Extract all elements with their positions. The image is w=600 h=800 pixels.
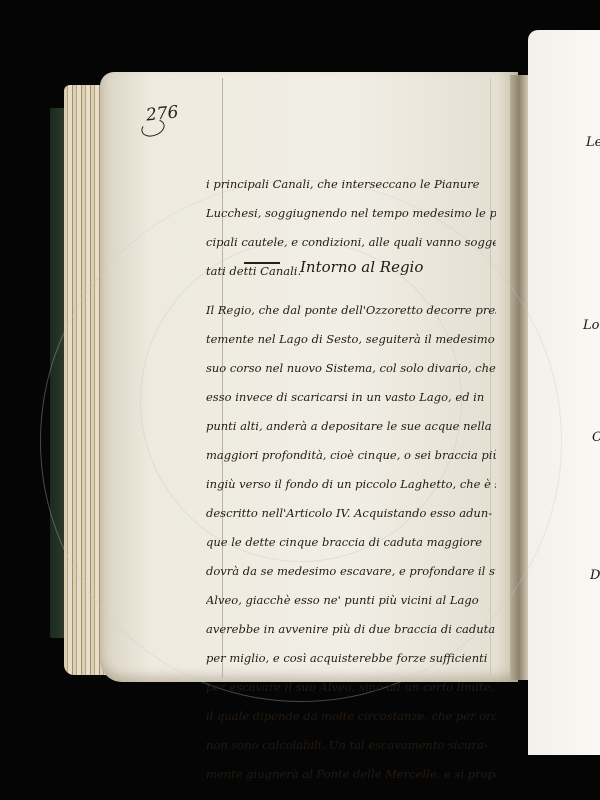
text-line: Il Regio, che dal ponte dell'Ozzoretto d…: [206, 296, 496, 325]
text-line: non sono calcolabili. Un tal escavamento…: [206, 731, 496, 760]
text-line: que le dette cinque braccia di caduta ma…: [206, 528, 496, 557]
text-line: mente giugnerà al Ponte delle Mercelle, …: [206, 760, 496, 789]
text-line: per escavare il suo Alveo, sino ad un ce…: [206, 673, 496, 702]
text-line: dovrà da se medesimo escavare, e profond…: [206, 557, 496, 586]
paragraph-2: Il Regio, che dal ponte dell'Ozzoretto d…: [206, 296, 496, 789]
book-gutter: [510, 75, 528, 680]
text-line: i principali Canali, che interseccano le…: [206, 170, 496, 199]
text-line: averebbe in avvenire più di due braccia …: [206, 615, 496, 644]
text-line: maggiori profondità, cioè cinque, o sei …: [206, 441, 496, 470]
text-line: per miglio, e così acquisterebbe forze s…: [206, 644, 496, 673]
right-page-fragment: D: [590, 568, 600, 583]
text-line: esso invece di scaricarsi in un vasto La…: [206, 383, 496, 412]
text-line: ingiù verso il fondo di un piccolo Laghe…: [206, 470, 496, 499]
right-page-fragment: Le: [586, 135, 600, 150]
text-line: cipali cautele, e condizioni, alle quali…: [206, 228, 496, 257]
text-line: Lucchesi, soggiugnendo nel tempo medesim…: [206, 199, 496, 228]
section-heading: Intorno al Regio: [300, 258, 423, 276]
text-line: descritto nell'Articolo IV. Acquistando …: [206, 499, 496, 528]
text-line: temente nel Lago di Sesto, seguiterà il …: [206, 325, 496, 354]
text-line: suo corso nel nuovo Sistema, col solo di…: [206, 354, 496, 383]
text-line: il quale dipende da molte circostanze, c…: [206, 702, 496, 731]
text-line: punti alti, anderà a depositare le sue a…: [206, 412, 496, 441]
section-dash: [244, 262, 280, 264]
text-line: Alveo, giacchè esso ne' punti più vicini…: [206, 586, 496, 615]
right-page-fragment: C: [592, 430, 600, 445]
right-page-fragment: Lo: [583, 318, 599, 333]
